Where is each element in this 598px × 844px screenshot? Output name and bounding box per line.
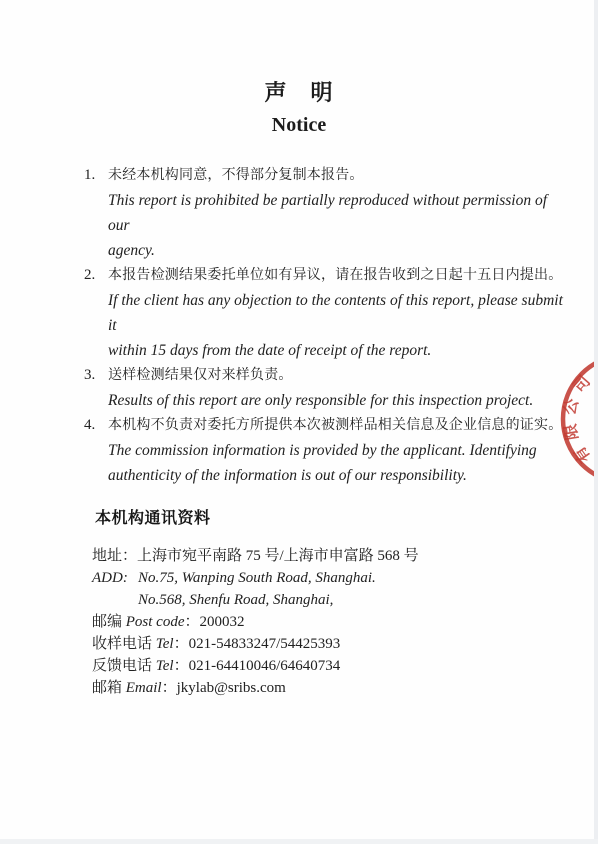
email-label-zh: 邮箱: [92, 680, 126, 696]
tel-sampling-line: 收样电话 Tel：021-54833247/54425393: [92, 633, 562, 655]
email-label-en: Email: [126, 680, 162, 696]
contact-section: 本机构通讯资料 地址：上海市宛平南路 75 号/上海市申富路 568 号 ADD…: [92, 505, 562, 699]
add-label: ADD:: [92, 567, 138, 589]
item-body: 本报告检测结果委托单位如有异议，请在报告收到之日起十五日内提出。 If the …: [108, 263, 568, 363]
email-value: jkylab@sribs.com: [177, 680, 286, 696]
address-en-line-1: ADD:No.75, Wanping South Road, Shanghai.: [92, 567, 562, 589]
list-item: 3. 送样检测结果仅对来样负责。 Results of this report …: [84, 363, 568, 413]
item-number: 4.: [84, 413, 108, 488]
list-item: 2. 本报告检测结果委托单位如有异议，请在报告收到之日起十五日内提出。 If t…: [84, 263, 568, 363]
tel-sampling-value: 021-54833247/54425393: [189, 636, 341, 652]
contact-heading: 本机构通讯资料: [95, 505, 562, 528]
page-subtitle: Notice: [0, 114, 598, 137]
tel-feedback-label-zh: 反馈电话: [92, 658, 156, 674]
tel-sampling-label-zh: 收样电话: [92, 636, 156, 652]
tel-feedback-line: 反馈电话 Tel：021-64410046/64640734: [92, 655, 562, 677]
postcode-value: 200032: [200, 614, 245, 630]
list-item: 4. 本机构不负责对委托方所提供本次被测样品相关信息及企业信息的证实。 The …: [84, 413, 568, 488]
colon: ：: [185, 614, 200, 630]
item-body: 本机构不负责对委托方所提供本次被测样品相关信息及企业信息的证实。 The com…: [108, 413, 568, 488]
colon: ：: [174, 636, 189, 652]
address-en-value-2: No.568, Shenfu Road, Shanghai,: [138, 592, 333, 608]
postcode-label-en: Post code: [126, 614, 185, 630]
scan-edge-bottom: [0, 839, 598, 844]
tel-feedback-label-en: Tel: [156, 658, 174, 674]
item-text-en: agency.: [108, 238, 568, 263]
address-label: 地址：: [92, 548, 137, 564]
item-text-en: The commission information is provided b…: [108, 438, 568, 463]
item-body: 未经本机构同意，不得部分复制本报告。 This report is prohib…: [108, 163, 568, 263]
address-en-value-1: No.75, Wanping South Road, Shanghai.: [138, 570, 376, 586]
postcode-line: 邮编 Post code：200032: [92, 611, 562, 633]
address-line: 地址：上海市宛平南路 75 号/上海市申富路 568 号: [92, 545, 562, 567]
item-number: 3.: [84, 363, 108, 413]
item-text-zh: 送样检测结果仅对来样负责。: [108, 363, 568, 388]
item-text-en: Results of this report are only responsi…: [108, 388, 568, 413]
item-text-zh: 未经本机构同意，不得部分复制本报告。: [108, 163, 568, 188]
list-item: 1. 未经本机构同意，不得部分复制本报告。 This report is pro…: [84, 163, 568, 263]
address-en-line-2: No.568, Shenfu Road, Shanghai,: [92, 589, 562, 611]
item-text-en: within 15 days from the date of receipt …: [108, 338, 568, 363]
tel-sampling-label-en: Tel: [156, 636, 174, 652]
colon: ：: [174, 658, 189, 674]
item-number: 1.: [84, 163, 108, 263]
page-title: 声 明: [0, 0, 598, 107]
item-number: 2.: [84, 263, 108, 363]
notice-list: 1. 未经本机构同意，不得部分复制本报告。 This report is pro…: [84, 163, 568, 488]
address-value: 上海市宛平南路 75 号/上海市申富路 568 号: [137, 548, 419, 564]
item-text-en: This report is prohibited be partially r…: [108, 188, 568, 238]
postcode-label-zh: 邮编: [92, 614, 126, 630]
item-text-en: authenticity of the information is out o…: [108, 463, 568, 488]
contact-lines: 地址：上海市宛平南路 75 号/上海市申富路 568 号 ADD:No.75, …: [92, 545, 562, 699]
tel-feedback-value: 021-64410046/64640734: [189, 658, 341, 674]
colon: ：: [162, 680, 177, 696]
item-body: 送样检测结果仅对来样负责。 Results of this report are…: [108, 363, 568, 413]
item-text-zh: 本机构不负责对委托方所提供本次被测样品相关信息及企业信息的证实。: [108, 413, 568, 438]
document-page: 声 明 Notice 1. 未经本机构同意，不得部分复制本报告。 This re…: [0, 0, 598, 844]
email-line: 邮箱 Email：jkylab@sribs.com: [92, 677, 562, 699]
item-text-zh: 本报告检测结果委托单位如有异议，请在报告收到之日起十五日内提出。: [108, 263, 568, 288]
item-text-en: If the client has any objection to the c…: [108, 288, 568, 338]
scan-edge-right: [594, 0, 598, 844]
